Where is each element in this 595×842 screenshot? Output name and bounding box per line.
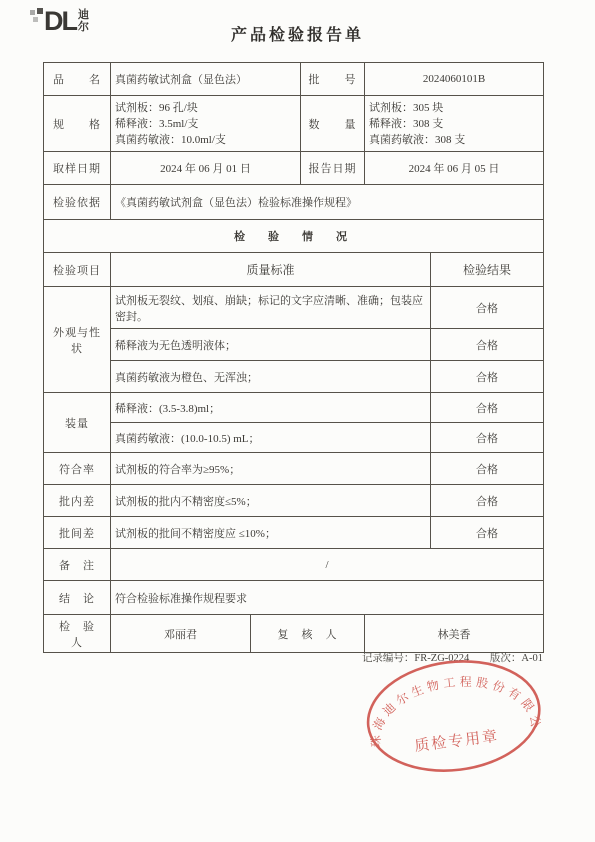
result-appearance-2: 合格: [431, 329, 544, 361]
quality-inspection-stamp: 珠海迪尔生物工程股份有限公司 质检专用章: [355, 645, 553, 791]
spec-value: 试剂板：96 孔/块 稀释液：3.5ml/支 真菌药敏液：10.0ml/支: [111, 96, 301, 152]
product-value: 真菌药敏试剂盒（显色法）: [111, 63, 301, 96]
qty-label: 数 量: [301, 96, 365, 152]
result-appearance-3: 合格: [431, 361, 544, 393]
basis-label: 检验依据: [44, 185, 111, 220]
sampling-date-value: 2024 年 06 月 01 日: [111, 152, 301, 185]
basis-value: 《真菌药敏试剂盒（显色法）检验标准操作规程》: [111, 185, 544, 220]
item-compliance-rate: 符合率: [44, 453, 111, 485]
qty-line-2: 稀释液：308 支: [369, 116, 539, 132]
result-inter-batch: 合格: [431, 517, 544, 549]
standard-intra-batch: 试剂板的批内不精密度≤5%；: [111, 485, 431, 517]
page-title: 产品检验报告单: [0, 22, 595, 45]
row-basis: 检验依据 《真菌药敏试剂盒（显色法）检验标准操作规程》: [44, 185, 544, 220]
result-compliance: 合格: [431, 453, 544, 485]
report-table: 品 名 真菌药敏试剂盒（显色法） 批 号 2024060101B 规 格 试剂板…: [43, 62, 544, 653]
item-fill-volume: 装量: [44, 393, 111, 453]
row-conclusion: 结 论 符合检验标准操作规程要求: [44, 581, 544, 615]
row-inter-batch: 批间差 试剂板的批间不精密度应 ≤10%； 合格: [44, 517, 544, 549]
reviewer-label: 复 核 人: [251, 615, 365, 653]
result-fill-1: 合格: [431, 393, 544, 423]
qty-line-3: 真菌药敏液：308 支: [369, 132, 539, 148]
row-appearance-1: 外观与性状 试剂板无裂纹、划痕、崩缺；标记的文字应清晰、准确；包装应密封。 合格: [44, 287, 544, 329]
report-sheet: DL 迪 尔 产品检验报告单 品 名 真菌药敏试剂盒（显色法） 批 号 2024…: [0, 0, 595, 842]
row-appearance-3: 真菌药敏液为橙色、无浑浊； 合格: [44, 361, 544, 393]
inspector-name: 邓丽君: [111, 615, 251, 653]
item-inter-batch: 批间差: [44, 517, 111, 549]
result-intra-batch: 合格: [431, 485, 544, 517]
batch-label: 批 号: [301, 63, 365, 96]
standard-inter-batch: 试剂板的批间不精密度应 ≤10%；: [111, 517, 431, 549]
row-fill-2: 真菌药敏液：(10.0-10.5) mL； 合格: [44, 423, 544, 453]
col-header-result: 检验结果: [431, 253, 544, 287]
row-signatures: 检 验 人 邓丽君 复 核 人 林美香: [44, 615, 544, 653]
standard-appearance-1: 试剂板无裂纹、划痕、崩缺；标记的文字应清晰、准确；包装应密封。: [111, 287, 431, 329]
stamp-center-text: 质检专用章: [413, 727, 500, 755]
spec-line-3: 真菌药敏液：10.0ml/支: [115, 132, 296, 148]
product-label: 品 名: [44, 63, 111, 96]
report-date-label: 报告日期: [301, 152, 365, 185]
conclusion-value: 符合检验标准操作规程要求: [111, 581, 544, 615]
report-date-value: 2024 年 06 月 05 日: [365, 152, 544, 185]
sampling-date-label: 取样日期: [44, 152, 111, 185]
item-intra-batch: 批内差: [44, 485, 111, 517]
standard-appearance-3: 真菌药敏液为橙色、无浑浊；: [111, 361, 431, 393]
row-product: 品 名 真菌药敏试剂盒（显色法） 批 号 2024060101B: [44, 63, 544, 96]
row-compliance: 符合率 试剂板的符合率为≥95%； 合格: [44, 453, 544, 485]
row-dates: 取样日期 2024 年 06 月 01 日 报告日期 2024 年 06 月 0…: [44, 152, 544, 185]
result-fill-2: 合格: [431, 423, 544, 453]
spec-line-2: 稀释液：3.5ml/支: [115, 116, 296, 132]
spec-line-1: 试剂板：96 孔/块: [115, 100, 296, 116]
row-section-band: 检 验 情 况: [44, 220, 544, 253]
inspector-label: 检 验 人: [44, 615, 111, 653]
col-header-item: 检验项目: [44, 253, 111, 287]
spec-label: 规 格: [44, 96, 111, 152]
notes-value: /: [111, 549, 544, 581]
qty-value: 试剂板：305 块 稀释液：308 支 真菌药敏液：308 支: [365, 96, 544, 152]
row-intra-batch: 批内差 试剂板的批内不精密度≤5%； 合格: [44, 485, 544, 517]
qty-line-1: 试剂板：305 块: [369, 100, 539, 116]
item-appearance: 外观与性状: [44, 287, 111, 393]
standard-fill-1: 稀释液：(3.5-3.8)ml；: [111, 393, 431, 423]
row-appearance-2: 稀释液为无色透明液体； 合格: [44, 329, 544, 361]
row-column-headers: 检验项目 质量标准 检验结果: [44, 253, 544, 287]
section-title: 检 验 情 况: [44, 220, 544, 253]
result-appearance-1: 合格: [431, 287, 544, 329]
logo-cn-char1: 迪: [78, 9, 89, 21]
standard-appearance-2: 稀释液为无色透明液体；: [111, 329, 431, 361]
standard-compliance: 试剂板的符合率为≥95%；: [111, 453, 431, 485]
row-fill-1: 装量 稀释液：(3.5-3.8)ml； 合格: [44, 393, 544, 423]
notes-label: 备 注: [44, 549, 111, 581]
standard-fill-2: 真菌药敏液：(10.0-10.5) mL；: [111, 423, 431, 453]
stamp-ellipse-icon: 珠海迪尔生物工程股份有限公司 质检专用章: [355, 645, 552, 787]
conclusion-label: 结 论: [44, 581, 111, 615]
row-spec-qty: 规 格 试剂板：96 孔/块 稀释液：3.5ml/支 真菌药敏液：10.0ml/…: [44, 96, 544, 152]
row-notes: 备 注 /: [44, 549, 544, 581]
col-header-standard: 质量标准: [111, 253, 431, 287]
batch-value: 2024060101B: [365, 63, 544, 96]
